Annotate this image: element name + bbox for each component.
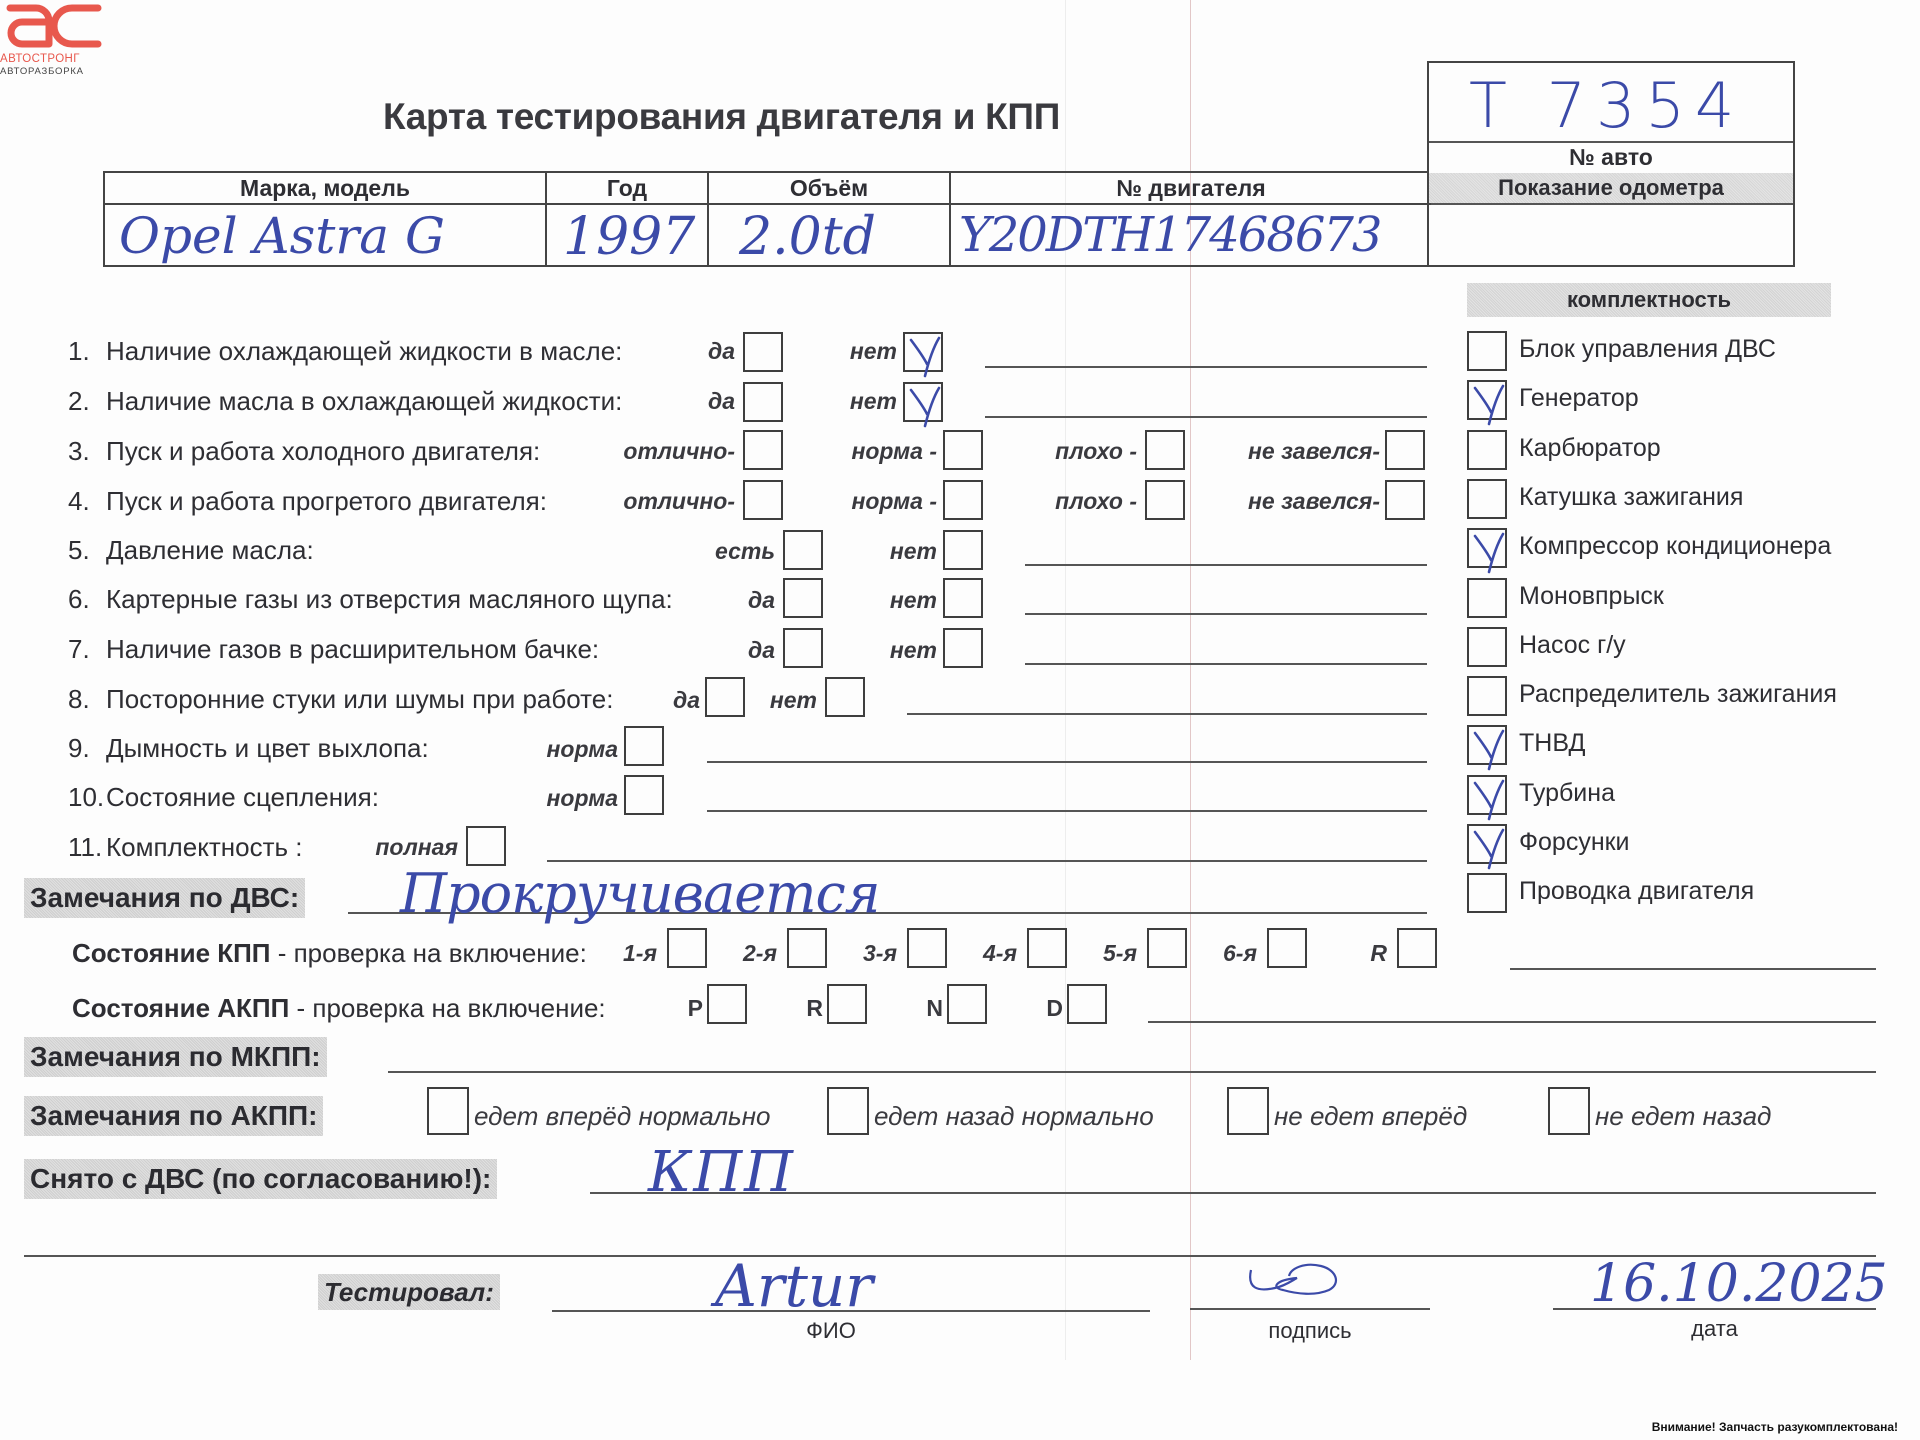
q5-note-line[interactable]	[1025, 564, 1427, 566]
page-title: Карта тестирования двигателя и КПП	[383, 96, 1060, 138]
removed-label: Снято с ДВС (по согласованию!):	[24, 1159, 497, 1199]
option-label: нет	[755, 687, 817, 714]
q10-note-line[interactable]	[707, 810, 1427, 812]
question-number: 8.	[68, 684, 106, 715]
completeness-checkbox[interactable]	[1467, 627, 1507, 667]
q7-note-line[interactable]	[1025, 663, 1427, 665]
completeness-checkbox[interactable]	[1467, 775, 1507, 815]
signature-line	[1190, 1308, 1430, 1310]
auto-remarks-option-label: не едет назад	[1595, 1101, 1771, 1132]
q8-no-checkbox[interactable]	[825, 677, 865, 717]
option-label: отлично-	[600, 488, 735, 515]
question-2: 2.Наличие масла в охлаждающей жидкости:	[68, 386, 622, 417]
question-number: 1.	[68, 336, 106, 367]
auto-remarks-option-label: едет вперёд нормально	[474, 1101, 770, 1132]
option-label: норма	[520, 785, 618, 812]
completeness-label: Моновпрыск	[1519, 582, 1664, 611]
completeness-label: Карбюратор	[1519, 434, 1661, 463]
auto-number-box: T 7354 № авто Показание одометра	[1427, 61, 1795, 267]
gear-label: 1-я	[593, 940, 657, 967]
completeness-checkbox[interactable]	[1467, 380, 1507, 420]
option-label: да	[640, 687, 700, 714]
check-mark-icon	[1467, 824, 1511, 870]
gear-checkbox[interactable]	[1267, 928, 1307, 968]
completeness-checkbox[interactable]	[1467, 824, 1507, 864]
q5-no-checkbox[interactable]	[943, 530, 983, 570]
completeness-checkbox[interactable]	[1467, 676, 1507, 716]
option-label: нет	[840, 587, 937, 614]
completeness-label: Катушка зажигания	[1519, 483, 1743, 512]
question-number: 10.	[68, 782, 106, 813]
question-8: 8.Посторонние стуки или шумы при работе:	[68, 684, 613, 715]
q9-note-line[interactable]	[707, 761, 1427, 763]
option-label: есть	[680, 538, 775, 565]
option-label: плохо -	[1010, 488, 1137, 515]
question-6: 6.Картерные газы из отверстия масляного …	[68, 584, 673, 615]
question-text: Наличие газов в расширительном бачке:	[106, 634, 599, 664]
gear-checkbox[interactable]	[1067, 984, 1107, 1024]
completeness-checkbox[interactable]	[1467, 725, 1507, 765]
gear-label: 2-я	[713, 940, 777, 967]
question-text: Наличие охлаждающей жидкости в масле:	[106, 336, 622, 366]
option-label: не завелся-	[1200, 488, 1380, 515]
auto-number-cell[interactable]: T 7354	[1429, 63, 1793, 143]
option-label: норма -	[800, 438, 937, 465]
year-header: Год	[547, 173, 707, 205]
question-text: Посторонние стуки или шумы при работе:	[106, 684, 613, 714]
q7-yes-checkbox[interactable]	[783, 628, 823, 668]
q1-no-checkbox[interactable]	[903, 332, 943, 372]
question-1: 1.Наличие охлаждающей жидкости в масле:	[68, 336, 622, 367]
option-label: да	[680, 587, 775, 614]
completeness-checkbox[interactable]	[1467, 430, 1507, 470]
q4-normal-checkbox[interactable]	[943, 480, 983, 520]
question-text: Комплектность :	[106, 832, 303, 862]
option-label: норма	[520, 736, 618, 763]
q2-no-checkbox[interactable]	[903, 382, 943, 422]
question-number: 9.	[68, 733, 106, 764]
option-label: полная	[360, 834, 458, 861]
q4-bad-checkbox[interactable]	[1145, 480, 1185, 520]
question-11: 11.Комплектность :	[68, 832, 303, 863]
tested-by-label: Тестировал:	[318, 1274, 500, 1310]
manual-gearbox-label-bold: Состояние КПП	[72, 938, 271, 968]
question-5: 5.Давление масла:	[68, 535, 314, 566]
gear-label: R	[1323, 940, 1387, 967]
auto-number-label: № авто	[1429, 141, 1793, 175]
check-mark-icon	[1467, 725, 1511, 771]
question-number: 5.	[68, 535, 106, 566]
q2-yes-checkbox[interactable]	[743, 382, 783, 422]
check-mark-icon	[903, 382, 947, 428]
manual-gearbox-check-label: Состояние КПП - проверка на включение:	[72, 938, 587, 969]
gear-checkbox[interactable]	[827, 984, 867, 1024]
name-field[interactable]: Artur	[715, 1252, 873, 1320]
auto-remarks-checkbox[interactable]	[1548, 1087, 1590, 1135]
question-number: 7.	[68, 634, 106, 665]
gear-checkbox[interactable]	[1147, 928, 1187, 968]
gear-checkbox[interactable]	[907, 928, 947, 968]
completeness-label: ТНВД	[1519, 729, 1585, 758]
q3-excellent-checkbox[interactable]	[743, 430, 783, 470]
question-number: 2.	[68, 386, 106, 417]
option-label: да	[640, 338, 735, 365]
q2-note-line[interactable]	[985, 416, 1427, 418]
odometer-label: Показание одометра	[1429, 173, 1793, 205]
check-mark-icon	[1467, 528, 1511, 574]
question-3: 3.Пуск и работа холодного двигателя:	[68, 436, 540, 467]
gear-checkbox[interactable]	[1397, 928, 1437, 968]
gear-checkbox[interactable]	[667, 928, 707, 968]
q6-note-line[interactable]	[1025, 613, 1427, 615]
q3-bad-checkbox[interactable]	[1145, 430, 1185, 470]
q6-no-checkbox[interactable]	[943, 578, 983, 618]
gear-label: R	[783, 995, 823, 1022]
gear-label: 6-я	[1193, 940, 1257, 967]
q3-not-started-checkbox[interactable]	[1385, 430, 1425, 470]
completeness-label: Насос г/у	[1519, 631, 1626, 660]
logo-subtitle: АВТОРАЗБОРКА	[0, 66, 84, 77]
auto-remarks-label: Замечания по АКПП:	[24, 1096, 323, 1136]
completeness-label: Турбина	[1519, 779, 1615, 808]
vehicle-table: Марка, модель Opel Astra G Год 1997 Объё…	[103, 171, 1429, 267]
q4-not-started-checkbox[interactable]	[1385, 480, 1425, 520]
auto-remarks-option-label: едет назад нормально	[874, 1101, 1154, 1132]
completeness-label: Генератор	[1519, 384, 1639, 413]
completeness-label: Форсунки	[1519, 828, 1630, 857]
option-label: нет	[840, 637, 937, 664]
auto-gearbox-note-line[interactable]	[1148, 1021, 1876, 1023]
auto-remarks-option-label: не едет вперёд	[1274, 1101, 1467, 1132]
date-caption: дата	[1553, 1316, 1876, 1342]
year-column: Год 1997	[547, 173, 709, 265]
option-label: плохо -	[1010, 438, 1137, 465]
auto-gearbox-label-bold: Состояние АКПП	[72, 993, 289, 1023]
date-field[interactable]: 16.10.2025	[1590, 1254, 1888, 1314]
gear-checkbox[interactable]	[787, 928, 827, 968]
auto-gearbox-label-rest: - проверка на включение:	[289, 993, 605, 1023]
gear-label: 4-я	[953, 940, 1017, 967]
auto-remarks-checkbox[interactable]	[427, 1087, 469, 1135]
question-text: Дымность и цвет выхлопа:	[106, 733, 429, 763]
completeness-label: Блок управления ДВС	[1519, 335, 1776, 364]
q6-yes-checkbox[interactable]	[783, 578, 823, 618]
q1-note-line[interactable]	[985, 366, 1427, 368]
option-label: нет	[800, 338, 897, 365]
q10-normal-checkbox[interactable]	[624, 775, 664, 815]
signature-field[interactable]	[1245, 1258, 1345, 1308]
auto-gearbox-check-label: Состояние АКПП - проверка на включение:	[72, 993, 606, 1024]
engine-number-header: № двигателя	[951, 173, 1431, 205]
check-mark-icon	[903, 332, 947, 378]
completeness-header: комплектность	[1467, 283, 1831, 317]
completeness-label: Проводка двигателя	[1519, 877, 1754, 906]
make-model-field[interactable]: Opel Astra G	[119, 207, 445, 265]
gear-label: P	[663, 995, 703, 1022]
question-text: Картерные газы из отверстия масляного щу…	[106, 584, 673, 614]
logo-mark-icon	[2, 0, 102, 50]
question-number: 3.	[68, 436, 106, 467]
question-text: Давление масла:	[106, 535, 314, 565]
auto-remarks-checkbox[interactable]	[1227, 1087, 1269, 1135]
completeness-checkbox[interactable]	[1467, 528, 1507, 568]
removed-field[interactable]: КПП	[648, 1140, 795, 1205]
engine-number-column: № двигателя Y20DTH17468673	[951, 173, 1431, 265]
q11-full-checkbox[interactable]	[466, 826, 506, 866]
gear-label: N	[903, 995, 943, 1022]
logo-name: АВТОСТРОНГ	[0, 53, 80, 65]
volume-header: Объём	[709, 173, 949, 205]
footer-note: Внимание! Запчасть разукомплектована!	[1652, 1420, 1898, 1434]
make-model-header: Марка, модель	[105, 173, 545, 205]
q8-yes-checkbox[interactable]	[705, 677, 745, 717]
question-text: Пуск и работа прогретого двигателя:	[106, 486, 547, 516]
option-label: да	[640, 388, 735, 415]
option-label: да	[680, 637, 775, 664]
question-number: 4.	[68, 486, 106, 517]
question-text: Состояние сцепления:	[106, 782, 379, 812]
make-model-column: Марка, модель Opel Astra G	[105, 173, 547, 265]
q1-yes-checkbox[interactable]	[743, 332, 783, 372]
option-label: нет	[800, 388, 897, 415]
completeness-checkbox[interactable]	[1467, 479, 1507, 519]
q7-no-checkbox[interactable]	[943, 628, 983, 668]
completeness-label: Компрессор кондиционера	[1519, 532, 1831, 561]
check-mark-icon	[1467, 775, 1511, 821]
manual-gearbox-note-line[interactable]	[1510, 968, 1876, 970]
question-4: 4.Пуск и работа прогретого двигателя:	[68, 486, 547, 517]
question-text: Пуск и работа холодного двигателя:	[106, 436, 540, 466]
option-label: не завелся-	[1200, 438, 1380, 465]
completeness-checkbox[interactable]	[1467, 873, 1507, 913]
question-text: Наличие масла в охлаждающей жидкости:	[106, 386, 622, 416]
gear-checkbox[interactable]	[947, 984, 987, 1024]
completeness-checkbox[interactable]	[1467, 578, 1507, 618]
signature-caption: подпись	[1190, 1318, 1430, 1344]
manual-remarks-line[interactable]	[388, 1071, 1876, 1073]
q4-excellent-checkbox[interactable]	[743, 480, 783, 520]
company-logo: АВТОСТРОНГ АВТОРАЗБОРКА	[0, 0, 110, 80]
engine-number-field[interactable]: Y20DTH17468673	[959, 207, 1380, 263]
gear-label: 5-я	[1073, 940, 1137, 967]
completeness-checkbox[interactable]	[1467, 331, 1507, 371]
question-number: 11.	[68, 832, 106, 863]
name-caption: ФИО	[552, 1318, 1110, 1344]
q9-normal-checkbox[interactable]	[624, 726, 664, 766]
auto-remarks-checkbox[interactable]	[827, 1087, 869, 1135]
q8-note-line[interactable]	[907, 713, 1427, 715]
volume-field[interactable]: 2.0td	[739, 207, 876, 267]
q3-normal-checkbox[interactable]	[943, 430, 983, 470]
engine-remarks-field[interactable]: Прокручивается	[400, 862, 879, 925]
completeness-label: Распределитель зажигания	[1519, 680, 1837, 709]
auto-number-value: T 7354	[1469, 69, 1744, 142]
check-mark-icon	[1467, 380, 1511, 426]
engine-remarks-label: Замечания по ДВС:	[24, 878, 305, 918]
volume-column: Объём 2.0td	[709, 173, 951, 265]
gear-label: D	[1023, 995, 1063, 1022]
option-label: норма -	[800, 488, 937, 515]
option-label: нет	[840, 538, 937, 565]
option-label: отлично-	[600, 438, 735, 465]
question-9: 9.Дымность и цвет выхлопа:	[68, 733, 429, 764]
question-number: 6.	[68, 584, 106, 615]
manual-gearbox-label-rest: - проверка на включение:	[271, 938, 587, 968]
gear-checkbox[interactable]	[1027, 928, 1067, 968]
manual-remarks-label: Замечания по МКПП:	[24, 1037, 327, 1077]
q5-yes-checkbox[interactable]	[783, 530, 823, 570]
question-10: 10.Состояние сцепления:	[68, 782, 379, 813]
question-7: 7.Наличие газов в расширительном бачке:	[68, 634, 599, 665]
year-field[interactable]: 1997	[563, 207, 695, 267]
gear-label: 3-я	[833, 940, 897, 967]
gear-checkbox[interactable]	[707, 984, 747, 1024]
odometer-field[interactable]	[1429, 203, 1793, 265]
